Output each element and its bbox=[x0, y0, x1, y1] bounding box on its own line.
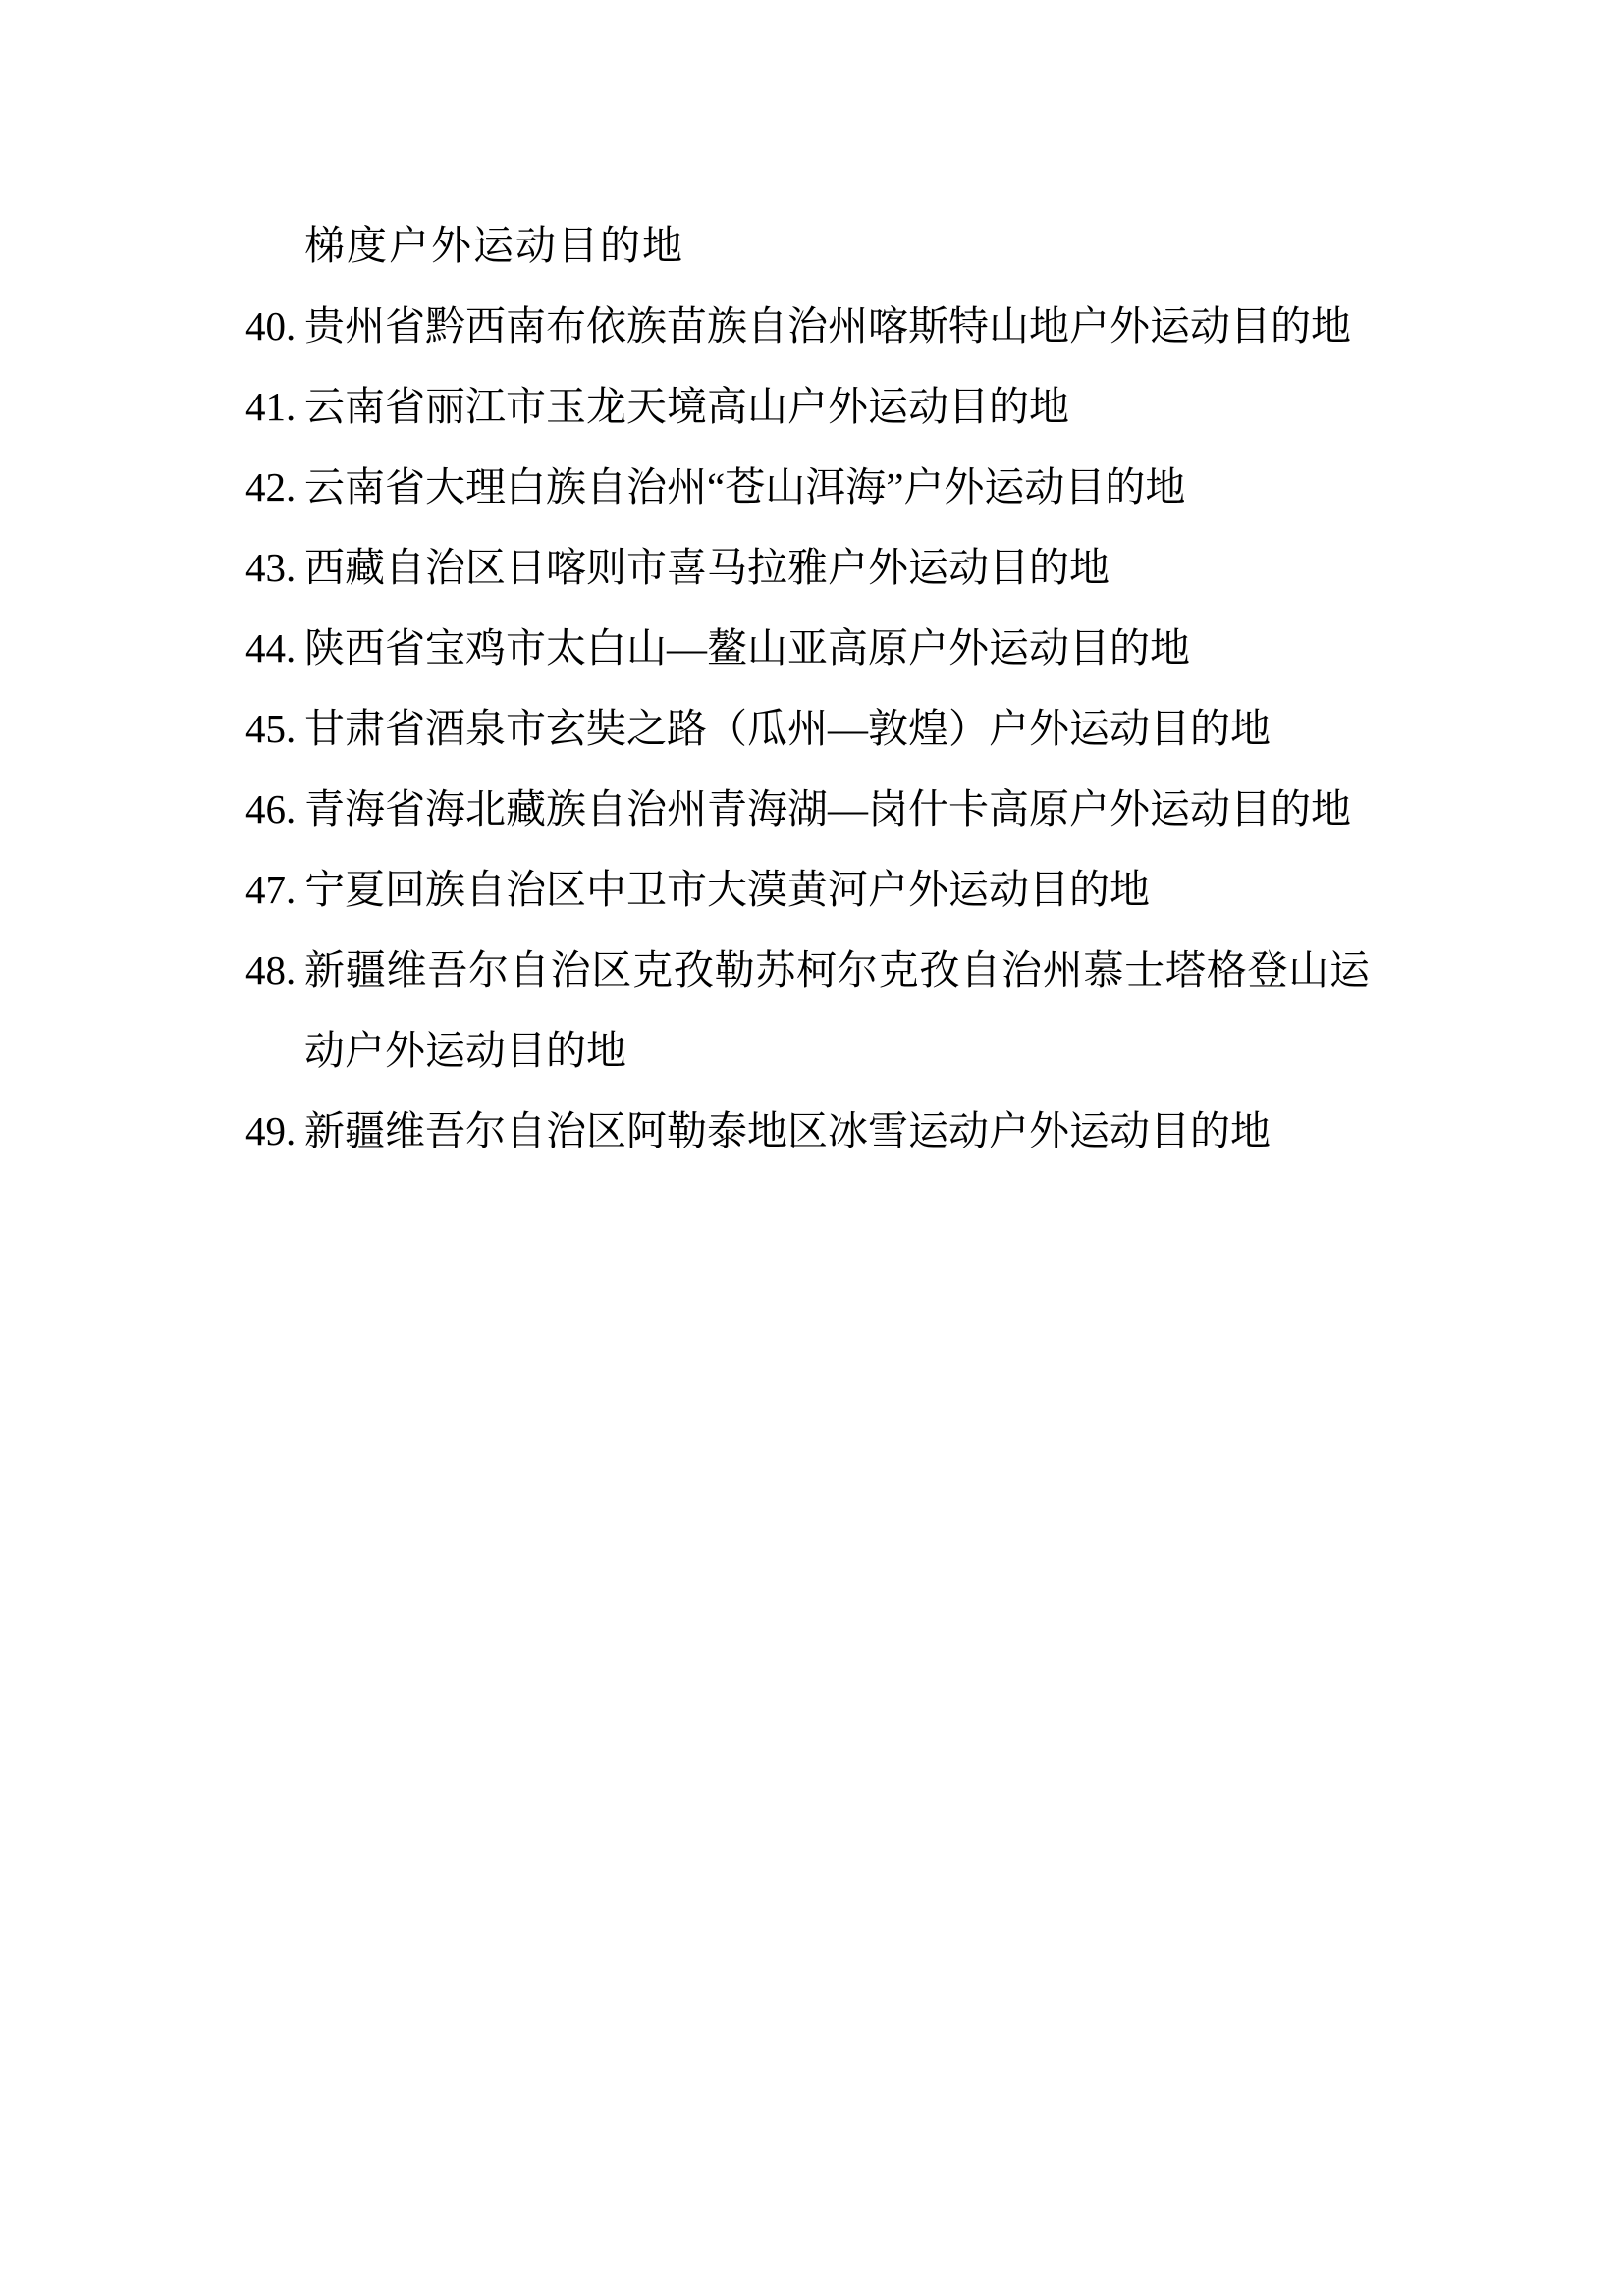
item-text: 西藏自治区日喀则市喜马拉雅户外运动目的地 bbox=[304, 545, 1110, 590]
list-item-40: 40. 贵州省黔西南布依族苗族自治州喀斯特山地户外运动目的地 bbox=[304, 286, 1370, 366]
document-page: 梯度户外运动目的地 40. 贵州省黔西南布依族苗族自治州喀斯特山地户外运动目的地… bbox=[0, 0, 1624, 2296]
item-number: 47. bbox=[245, 849, 302, 930]
item-number: 43. bbox=[245, 527, 302, 608]
item-text: 青海省海北藏族自治州青海湖—岗什卡高原户外运动目的地 bbox=[304, 786, 1351, 831]
item-number: 41. bbox=[245, 366, 302, 447]
destination-list: 40. 贵州省黔西南布依族苗族自治州喀斯特山地户外运动目的地 41. 云南省丽江… bbox=[304, 286, 1370, 1171]
list-item-44: 44. 陕西省宝鸡市太白山—鳌山亚高原户外运动目的地 bbox=[304, 608, 1370, 688]
document-content: 梯度户外运动目的地 40. 贵州省黔西南布依族苗族自治州喀斯特山地户外运动目的地… bbox=[304, 205, 1370, 1171]
list-item-46: 46. 青海省海北藏族自治州青海湖—岗什卡高原户外运动目的地 bbox=[304, 769, 1370, 849]
item-number: 40. bbox=[245, 286, 302, 366]
item-number: 44. bbox=[245, 608, 302, 688]
list-item-47: 47. 宁夏回族自治区中卫市大漠黄河户外运动目的地 bbox=[304, 849, 1370, 930]
list-item-45: 45. 甘肃省酒泉市玄奘之路（瓜州—敦煌）户外运动目的地 bbox=[304, 688, 1370, 769]
item-number: 49. bbox=[245, 1091, 302, 1171]
list-item-41: 41. 云南省丽江市玉龙天境高山户外运动目的地 bbox=[304, 366, 1370, 447]
list-item-43: 43. 西藏自治区日喀则市喜马拉雅户外运动目的地 bbox=[304, 527, 1370, 608]
item-39-continuation-text: 梯度户外运动目的地 bbox=[304, 205, 1370, 286]
item-text: 宁夏回族自治区中卫市大漠黄河户外运动目的地 bbox=[304, 867, 1150, 912]
list-item-49: 49. 新疆维吾尔自治区阿勒泰地区冰雪运动户外运动目的地 bbox=[304, 1091, 1370, 1171]
item-text: 新疆维吾尔自治区克孜勒苏柯尔克孜自治州慕士塔格登山运动户外运动目的地 bbox=[304, 947, 1370, 1073]
item-text: 云南省丽江市玉龙天境高山户外运动目的地 bbox=[304, 384, 1069, 429]
list-item-48: 48. 新疆维吾尔自治区克孜勒苏柯尔克孜自治州慕士塔格登山运动户外运动目的地 bbox=[304, 930, 1370, 1091]
item-number: 46. bbox=[245, 769, 302, 849]
item-text: 贵州省黔西南布依族苗族自治州喀斯特山地户外运动目的地 bbox=[304, 303, 1351, 348]
item-number: 42. bbox=[245, 447, 302, 527]
item-text: 陕西省宝鸡市太白山—鳌山亚高原户外运动目的地 bbox=[304, 625, 1190, 670]
item-text: 甘肃省酒泉市玄奘之路（瓜州—敦煌）户外运动目的地 bbox=[304, 706, 1271, 751]
item-text: 云南省大理白族自治州“苍山洱海”户外运动目的地 bbox=[304, 464, 1185, 509]
item-number: 48. bbox=[245, 930, 302, 1010]
item-text: 新疆维吾尔自治区阿勒泰地区冰雪运动户外运动目的地 bbox=[304, 1108, 1271, 1153]
list-item-42: 42. 云南省大理白族自治州“苍山洱海”户外运动目的地 bbox=[304, 447, 1370, 527]
item-number: 45. bbox=[245, 688, 302, 769]
